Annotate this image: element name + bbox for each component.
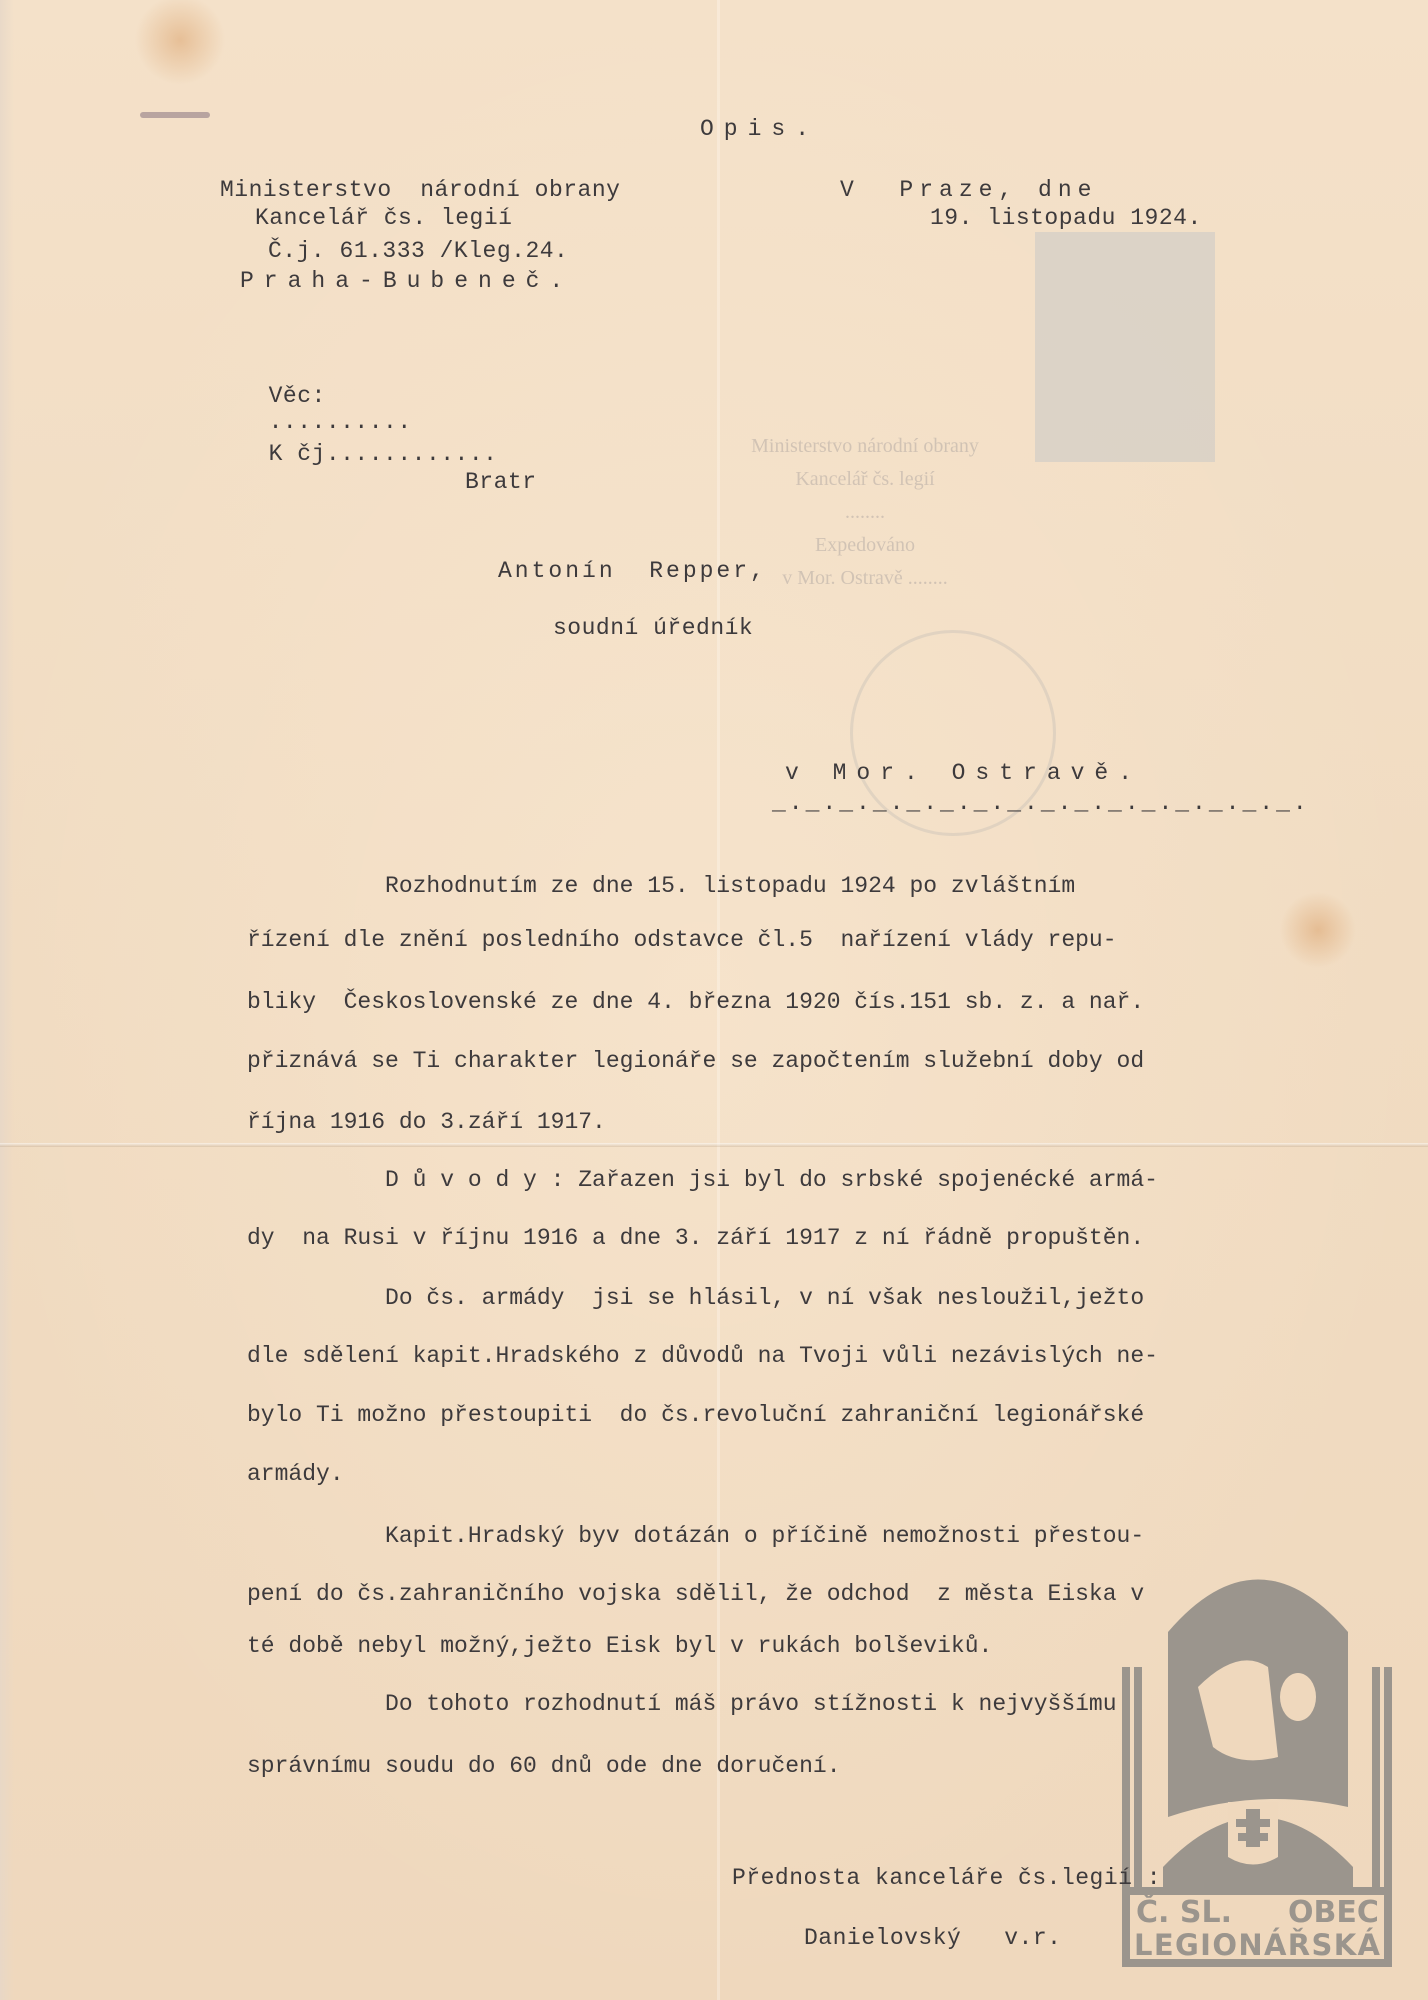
ink-smudge — [140, 112, 210, 118]
body-line: správnímu soudu do 60 dnů ode dne doruče… — [247, 1753, 841, 1779]
addressee-name: Antonín Repper, — [498, 558, 767, 584]
sender-location: Praha-Bubeneč. — [240, 268, 573, 294]
sender-office: Kancelář čs. legií — [255, 205, 512, 231]
body-line: D ů v o d y : Zařazen jsi byl do srbské … — [247, 1167, 1158, 1193]
body-line: řízení dle znění posledního odstavce čl.… — [247, 927, 1117, 953]
horizontal-fold — [0, 1143, 1428, 1147]
faded-stamp-rectangle — [1035, 232, 1215, 462]
paper-edge — [0, 0, 14, 2000]
body-line: bliky Československé ze dne 4. března 19… — [247, 989, 1144, 1015]
body-line: Kapit.Hradský byv dotázán o příčině nemo… — [247, 1523, 1144, 1549]
legionnaire-emblem-icon: Č. SL. OBEC LEGIONÁŘSKÁ — [1118, 1537, 1396, 1967]
document-title: Opis. — [700, 116, 819, 142]
body-line: Rozhodnutím ze dne 15. listopadu 1924 po… — [247, 873, 1075, 899]
body-line: dy na Rusi v říjnu 1916 a dne 3. září 19… — [247, 1225, 1144, 1251]
vec-label: Věc: — [269, 383, 326, 409]
body-line: té době nebyl možný,ježto Eisk byl v ruk… — [247, 1633, 992, 1659]
ghost-stamp-line: Kancelář čs. legií — [575, 463, 1155, 496]
body-line: pení do čs.zahraničního vojska sdělil, ž… — [247, 1581, 1144, 1607]
body-line: přiznává se Ti charakter legionáře se za… — [247, 1048, 1144, 1074]
body-line: Do čs. armády jsi se hlásil, v ní však n… — [247, 1285, 1144, 1311]
addressee-city: v Mor. Ostravě. — [785, 760, 1142, 786]
reference-number: Č.j. 61.333 /Kleg.24. — [268, 238, 568, 264]
body-line: dle sdělení kapit.Hradského z důvodů na … — [247, 1343, 1158, 1369]
ghost-stamp-line: Ministerstvo národní obrany — [575, 430, 1155, 463]
body-line: října 1916 do 3.září 1917. — [247, 1109, 606, 1135]
city-underline: _._._._._._._._._._._._._._._._. — [772, 790, 1310, 816]
kcj-label: K čj — [269, 441, 326, 467]
svg-text:Č. SL.: Č. SL. — [1136, 1893, 1232, 1930]
signature-title: Přednosta kanceláře čs.legií : — [732, 1865, 1161, 1891]
body-line: Do tohoto rozhodnutí máš právo stížnosti… — [247, 1691, 1117, 1717]
ghost-stamp-line: ........ — [575, 496, 1155, 529]
body-line: armády. — [247, 1461, 344, 1487]
signature-name: Danielovský v.r. — [804, 1925, 1061, 1951]
svg-text:OBEC: OBEC — [1288, 1895, 1379, 1930]
faded-stamp-text: Ministerstvo národní obrany Kancelář čs.… — [575, 430, 1155, 640]
svg-text:LEGIONÁŘSKÁ: LEGIONÁŘSKÁ — [1134, 1928, 1381, 1962]
kcj-field: K čj............ — [240, 415, 497, 467]
kcj-value: ............ — [326, 441, 498, 467]
addressee-occupation: soudní úředník — [553, 615, 753, 641]
sender-ministry: Ministerstvo národní obrany — [220, 177, 620, 203]
body-line: bylo Ti možno přestoupiti do čs.revolučn… — [247, 1402, 1144, 1428]
salutation: Bratr — [465, 469, 537, 495]
place: V Praze, dne — [840, 177, 1097, 203]
date: 19. listopadu 1924. — [930, 205, 1202, 231]
